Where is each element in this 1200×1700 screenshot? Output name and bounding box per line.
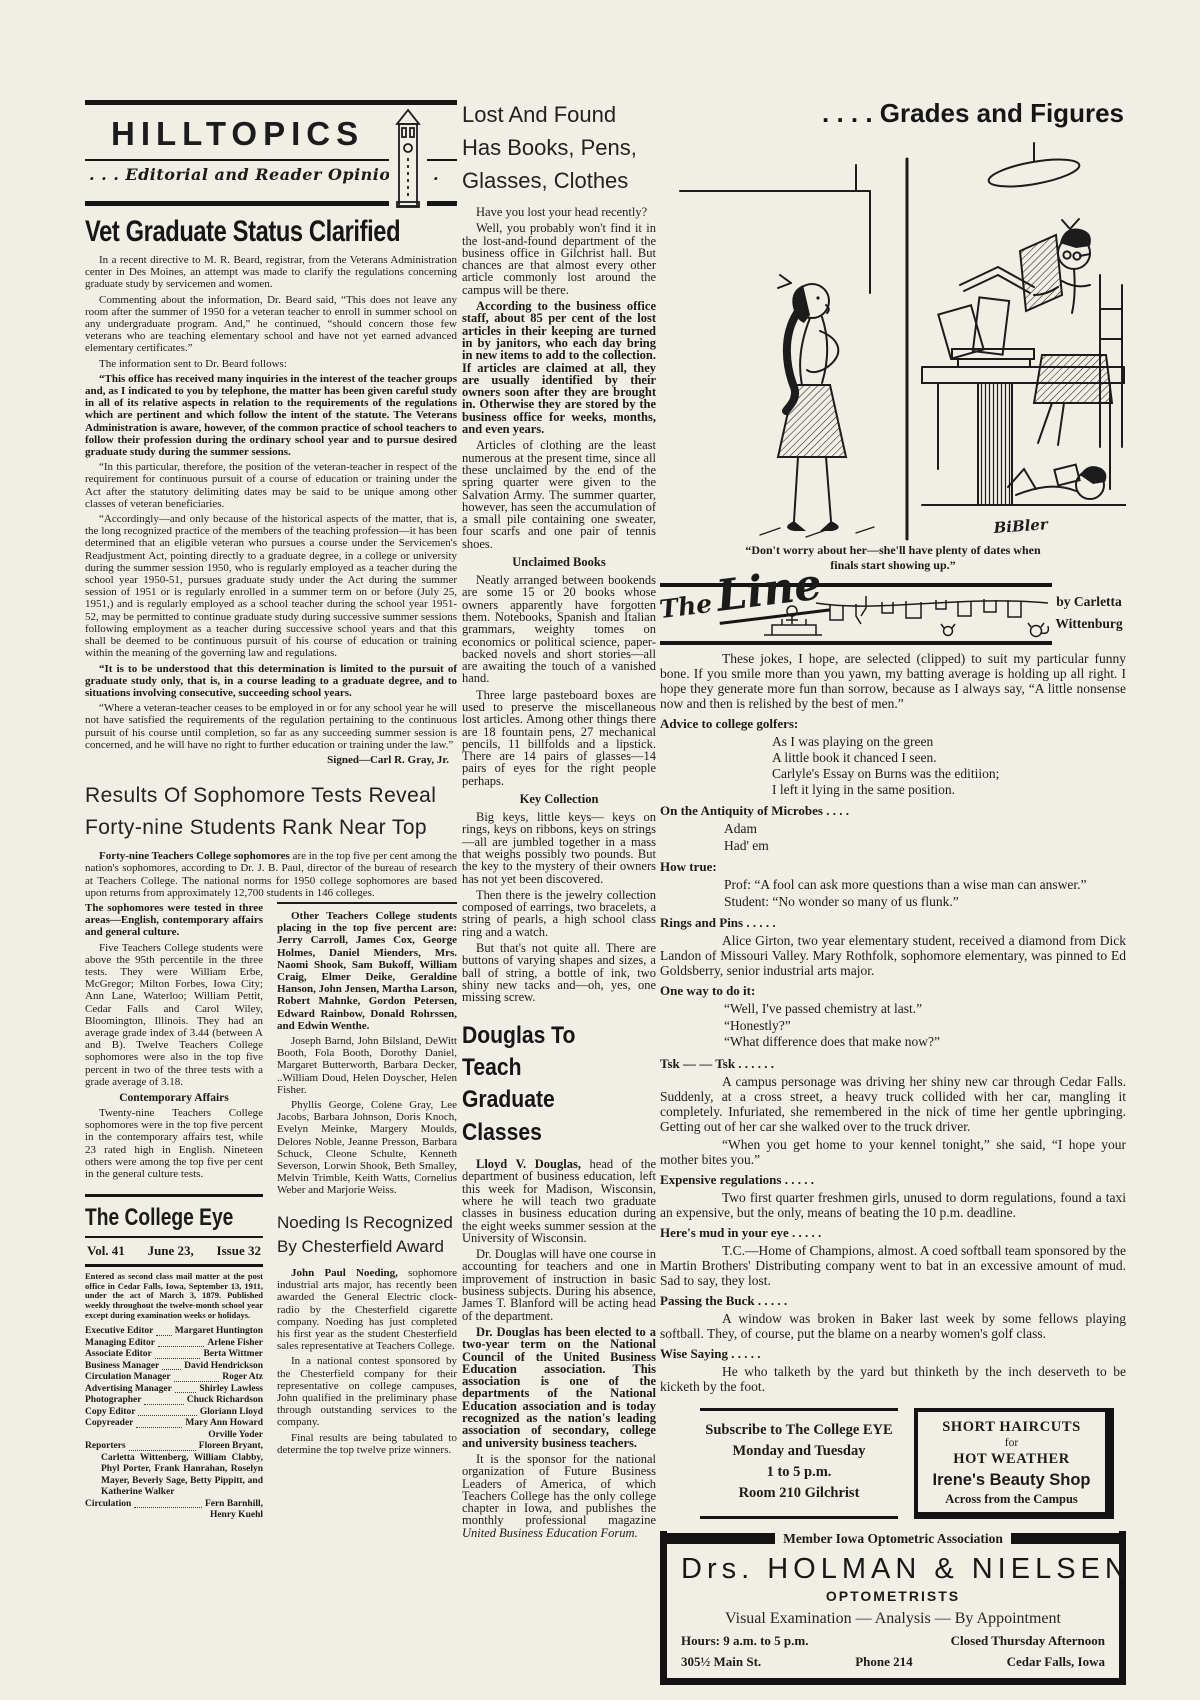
caption-line: “Don't worry about her—she'll have plent… xyxy=(688,543,1098,558)
paragraph: In a national contest sponsored by the C… xyxy=(277,1355,457,1428)
paragraph: Alice Girton, two year elementary studen… xyxy=(660,933,1126,978)
volume-row: Vol. 41 June 23, Issue 32 xyxy=(85,1241,263,1261)
the-line-banner: The Line xyxy=(660,583,1052,645)
paragraph: The sophomores were tested in three area… xyxy=(85,902,263,939)
cartoonist-signature: BiBler xyxy=(992,515,1049,537)
ad-line: Room 210 Gilchrist xyxy=(700,1483,898,1504)
irenes-beauty-shop-ad: SHORT HAIRCUTS for HOT WEATHER Irene's B… xyxy=(914,1408,1114,1519)
paragraph: T.C.—Home of Champions, almost. A coed s… xyxy=(660,1243,1126,1288)
dot-leader xyxy=(138,1415,196,1416)
paragraph: Other Teachers College students placing … xyxy=(277,910,457,1032)
headline-line: Has Books, Pens, xyxy=(462,135,637,160)
phone-number: Phone 214 xyxy=(855,1654,912,1670)
paragraph: Final results are being tabulated to det… xyxy=(277,1432,457,1456)
subscribe-ad: Subscribe to The College EYE Monday and … xyxy=(700,1408,898,1519)
sophomore-subcolumns: The sophomores were tested in three area… xyxy=(85,902,457,1522)
item-head: Tsk — — Tsk . . . . . . xyxy=(660,1056,1126,1072)
paragraph: He who talketh by the yard but thinketh … xyxy=(660,1364,1126,1394)
paragraph: Articles of clothing are the least numer… xyxy=(462,439,656,550)
douglas-article-body: Lloyd V. Douglas, head of the department… xyxy=(462,1158,656,1539)
the-line-byline: by Carletta Wittenburg xyxy=(1052,583,1126,645)
paragraph: Five Teachers College students were abov… xyxy=(85,942,263,1088)
dot-leader xyxy=(136,1427,182,1428)
paragraph: “In this particular, therefore, the posi… xyxy=(85,461,457,510)
dialog: “Well, I've passed chemistry at last.” “… xyxy=(660,1001,1126,1051)
paragraph: Dr. Douglas has been elected to a two-ye… xyxy=(462,1326,656,1449)
ad-line: Subscribe to The College EYE xyxy=(700,1420,898,1441)
headline-line: Noeding Is Recognized xyxy=(277,1213,453,1232)
the-line-column: These jokes, I hope, are selected (clipp… xyxy=(660,651,1126,1394)
dialog: Adam Had' em xyxy=(660,821,1126,854)
ad-line: HOT WEATHER xyxy=(920,1450,1103,1469)
left-column: HILLTOPICS . . . Editorial and Reader Op… xyxy=(85,100,457,1522)
vet-article-headline: Vet Graduate Status Clarified xyxy=(85,215,457,249)
college-eye-masthead-box: The College Eye Vol. 41 June 23, Issue 3… xyxy=(85,1194,263,1521)
item-head: One way to do it: xyxy=(660,983,1126,999)
lost-found-body: Have you lost your head recently? Well, … xyxy=(462,206,656,1004)
paragraph: Dr. Douglas will have one course in acco… xyxy=(462,1248,656,1322)
rule xyxy=(85,1236,263,1238)
item-head: Here's mud in your eye . . . . . xyxy=(660,1225,1126,1241)
paragraph: “Accordingly—and only because of the his… xyxy=(85,513,457,659)
headline-line: Forty-nine Students Rank Near Top xyxy=(85,816,427,839)
dot-leader xyxy=(134,1507,202,1508)
paragraph: Three large pasteboard boxes are used to… xyxy=(462,689,656,787)
campanile-tower-icon xyxy=(389,108,427,211)
grades-cartoon-illustration: BiBler xyxy=(660,133,1126,541)
lead-in: John Paul Noeding, xyxy=(291,1267,398,1279)
headline-line: Lost And Found xyxy=(462,102,616,127)
dot-leader xyxy=(162,1369,181,1370)
rule xyxy=(85,1264,263,1267)
lead-in: Forty-nine Teachers College sophomores xyxy=(99,850,290,862)
right-column: . . . . Grades and Figures xyxy=(660,98,1126,1685)
paragraph: These jokes, I hope, are selected (clipp… xyxy=(660,651,1126,711)
ad-line: SHORT HAIRCUTS xyxy=(920,1418,1103,1437)
association-tab: Member Iowa Optometric Association xyxy=(775,1531,1011,1547)
ad-line: for xyxy=(920,1437,1103,1450)
border-bar xyxy=(667,1533,775,1544)
item-head: On the Antiquity of Microbes . . . . xyxy=(660,803,1126,819)
paragraph: The information sent to Dr. Beard follow… xyxy=(85,358,457,370)
staff-row: Circulation ManagerRoger Atz xyxy=(85,1372,263,1384)
dialog: Prof: “A fool can ask more questions tha… xyxy=(660,877,1126,910)
services-line: Visual Examination — Analysis — By Appoi… xyxy=(681,1610,1105,1628)
holman-nielsen-ad: Member Iowa Optometric Association Drs. … xyxy=(660,1531,1126,1685)
ad-top-border: Member Iowa Optometric Association xyxy=(667,1531,1119,1547)
dot-leader xyxy=(144,1404,183,1405)
vet-article-body: In a recent directive to M. R. Beard, re… xyxy=(85,254,457,766)
the-line-banner-row: The Line by Carletta xyxy=(660,583,1126,645)
vet-headline-text: Vet Graduate Status Clarified xyxy=(85,215,400,249)
paragraph: Joseph Barnd, John Bilsland, DeWitt Boot… xyxy=(277,1035,457,1096)
headline-line: Douglas To Teach xyxy=(462,1020,633,1085)
paragraph: Commenting about the information, Dr. Be… xyxy=(85,294,457,355)
college-eye-title: The College Eye xyxy=(85,1204,263,1232)
dot-leader xyxy=(155,1358,201,1359)
paragraph: Forty-nine Teachers College sophomores a… xyxy=(85,850,457,899)
staff-row: Copy EditorGloriann Lloyd xyxy=(85,1407,263,1419)
doctors-name: Drs. HOLMAN & NIELSEN xyxy=(681,1553,1105,1586)
hilltopics-masthead: HILLTOPICS . . . Editorial and Reader Op… xyxy=(85,100,457,206)
subhead-contemporary-affairs: Contemporary Affairs xyxy=(85,1092,263,1104)
paragraph: Well, you probably won't find it in the … xyxy=(462,222,656,296)
verse: As I was playing on the green A little b… xyxy=(660,734,1126,798)
headline-line: Glasses, Clothes xyxy=(462,168,628,193)
paragraph: According to the business office staff, … xyxy=(462,300,656,435)
paragraph: “This office has received many inquiries… xyxy=(85,373,457,458)
border-bar xyxy=(1011,1533,1119,1544)
dot-leader xyxy=(175,1392,197,1393)
volume: Vol. 41 xyxy=(87,1243,125,1259)
staff-row: CirculationFern Barnhill, xyxy=(85,1499,263,1511)
sophomore-article-headline: Results Of Sophomore Tests Reveal Forty-… xyxy=(85,780,457,843)
paragraph: Two first quarter freshmen girls, unused… xyxy=(660,1190,1126,1220)
dot-leader xyxy=(156,1335,171,1336)
staff-extra: Henry Kuehl xyxy=(85,1510,263,1522)
subhead-unclaimed-books: Unclaimed Books xyxy=(462,555,656,570)
grades-and-figures-headline: . . . . Grades and Figures xyxy=(660,98,1124,129)
paragraph: “When you get home to your kennel tonigh… xyxy=(660,1137,1126,1167)
paragraph: “It is to be understood that this determ… xyxy=(85,663,457,700)
issue-number: Issue 32 xyxy=(217,1243,261,1259)
vet-signature: Signed—Carl R. Gray, Jr. xyxy=(85,754,457,766)
noeding-article-body: John Paul Noeding, sophomore industrial … xyxy=(277,1267,457,1456)
paragraph: Phyllis George, Colene Gray, Lee Jacobs,… xyxy=(277,1099,457,1197)
shop-name: Irene's Beauty Shop xyxy=(920,1469,1103,1491)
bottom-ads-row: Subscribe to The College EYE Monday and … xyxy=(700,1408,1126,1519)
paragraph: But that's not quite all. There are butt… xyxy=(462,942,656,1003)
dot-leader xyxy=(129,1450,196,1451)
sophomore-lead: Forty-nine Teachers College sophomores a… xyxy=(85,850,457,899)
paragraph: Twenty-nine Teachers College sophomores … xyxy=(85,1107,263,1180)
clothesline-doodle xyxy=(760,589,1050,639)
staff-list: Executive EditorMargaret Huntington Mana… xyxy=(85,1326,263,1522)
ad-line: Across from the Campus xyxy=(920,1491,1103,1507)
paragraph: Have you lost your head recently? xyxy=(462,206,656,218)
dot-leader xyxy=(174,1381,220,1382)
paragraph: It is the sponsor for the national organ… xyxy=(462,1453,656,1539)
subhead-key-collection: Key Collection xyxy=(462,792,656,807)
staff-row: ReportersFloreen Bryant, xyxy=(85,1441,263,1453)
optometrists-label: OPTOMETRISTS xyxy=(681,1588,1105,1604)
douglas-article-headline: Douglas To Teach Graduate Classes xyxy=(462,1020,656,1150)
paragraph: “Where a veteran-teacher ceases to be em… xyxy=(85,702,457,751)
staff-row: Associate EditorBerta Wittmer xyxy=(85,1349,263,1361)
item-head: Wise Saying . . . . . xyxy=(660,1346,1126,1362)
paragraph: Lloyd V. Douglas, head of the department… xyxy=(462,1158,656,1244)
item-head: Advice to college golfers: xyxy=(660,716,1126,732)
sophomore-right-subcolumn: Other Teachers College students placing … xyxy=(277,902,457,1522)
curtain-rail xyxy=(680,165,870,191)
paragraph: A campus personage was driving her shiny… xyxy=(660,1074,1126,1134)
paragraph: A window was broken in Baker last week b… xyxy=(660,1311,1126,1341)
paragraph: Neatly arranged between bookends are som… xyxy=(462,574,656,685)
staff-row: CopyreaderMary Ann Howard xyxy=(85,1418,263,1430)
noeding-article-headline: Noeding Is Recognized By Chesterfield Aw… xyxy=(277,1211,457,1260)
ad-line: 1 to 5 p.m. xyxy=(700,1462,898,1483)
headline-line: Results Of Sophomore Tests Reveal xyxy=(85,784,436,807)
address-row: 305½ Main St. Phone 214 Cedar Falls, Iow… xyxy=(681,1654,1105,1670)
middle-column: Lost And Found Has Books, Pens, Glasses,… xyxy=(462,98,656,1543)
hours: Hours: 9 a.m. to 5 p.m. xyxy=(681,1633,808,1649)
headline-line: By Chesterfield Award xyxy=(277,1237,444,1256)
city: Cedar Falls, Iowa xyxy=(1007,1654,1105,1670)
paragraph: John Paul Noeding, sophomore industrial … xyxy=(277,1267,457,1352)
item-head: Rings and Pins . . . . . xyxy=(660,915,1126,931)
magazine-title: United Business Education Forum. xyxy=(462,1526,638,1540)
staff-extra: Orville Yoder xyxy=(85,1430,263,1442)
item-head: Passing the Buck . . . . . xyxy=(660,1293,1126,1309)
staff-extra: Carletta Wittenberg, William Clabby, Phy… xyxy=(85,1453,263,1499)
closed-note: Closed Thursday Afternoon xyxy=(951,1633,1105,1649)
dot-leader xyxy=(158,1346,204,1347)
street-address: 305½ Main St. xyxy=(681,1654,761,1670)
second-class-notice: Entered as second class mail matter at t… xyxy=(85,1272,263,1320)
hours-row: Hours: 9 a.m. to 5 p.m. Closed Thursday … xyxy=(681,1633,1105,1649)
staff-row: PhotographerChuck Richardson xyxy=(85,1395,263,1407)
ad-line: Monday and Tuesday xyxy=(700,1441,898,1462)
newspaper-page: HILLTOPICS . . . Editorial and Reader Op… xyxy=(0,0,1200,1700)
staff-row: Business ManagerDavid Hendrickson xyxy=(85,1361,263,1373)
item-head: How true: xyxy=(660,859,1126,875)
staff-row: Executive EditorMargaret Huntington xyxy=(85,1326,263,1338)
paragraph: Then there is the jewelry collection com… xyxy=(462,889,656,938)
sophomore-left-subcolumn: The sophomores were tested in three area… xyxy=(85,902,263,1522)
lost-found-headline: Lost And Found Has Books, Pens, Glasses,… xyxy=(462,98,656,197)
item-head: Expensive regulations . . . . . xyxy=(660,1172,1126,1188)
headline-line: Graduate Classes xyxy=(462,1084,633,1149)
issue-date: June 23, xyxy=(148,1243,194,1259)
paragraph: Big keys, little keys— keys on rings, ke… xyxy=(462,811,656,885)
staff-row: Managing EditorArlene Fisher xyxy=(85,1338,263,1350)
staff-row: Advertising ManagerShirley Lawless xyxy=(85,1384,263,1396)
paragraph: In a recent directive to M. R. Beard, re… xyxy=(85,254,457,291)
